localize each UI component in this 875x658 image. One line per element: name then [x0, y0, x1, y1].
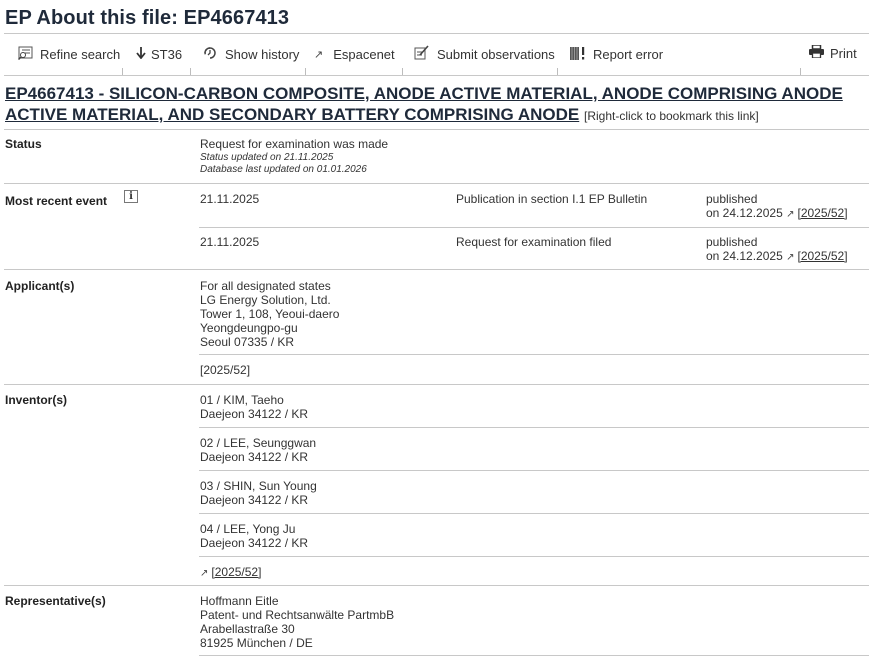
- show-history-button[interactable]: Show history: [202, 40, 299, 68]
- event-description: Request for examination filed: [456, 235, 611, 249]
- inventor-item: 02 / LEE, Seunggwan Daejeon 34122 / KR: [200, 436, 316, 464]
- refine-search-button[interactable]: Refine search: [18, 40, 120, 68]
- representative-line: 81925 München / DE: [200, 636, 394, 650]
- divider: [199, 513, 869, 514]
- bulletin-link[interactable]: [2025/52]: [797, 249, 847, 263]
- inventor-address: Daejeon 34122 / KR: [200, 407, 308, 421]
- inventor-name: 03 / SHIN, Sun Young: [200, 479, 317, 493]
- divider: [199, 470, 869, 471]
- divider: [199, 556, 869, 557]
- divider: [199, 655, 869, 656]
- event-date: 21.11.2025: [200, 192, 259, 206]
- report-error-icon: [570, 46, 586, 63]
- event-published: published: [706, 192, 757, 206]
- event-published-on: on 24.12.2025 ↗[2025/52]: [706, 206, 848, 222]
- applicant-line: LG Energy Solution, Ltd.: [200, 293, 339, 307]
- applicant-address: For all designated states LG Energy Solu…: [200, 279, 339, 349]
- document-heading: EP4667413 - SILICON-CARBON COMPOSITE, AN…: [5, 83, 865, 127]
- divider: [4, 384, 869, 385]
- edit-note-icon: [414, 45, 429, 63]
- most-recent-event-label: Most recent event: [5, 194, 107, 208]
- st36-label: ST36: [151, 47, 182, 62]
- status-value: Request for examination was made: [200, 137, 388, 151]
- report-error-button[interactable]: Report error: [570, 40, 663, 68]
- representative-line: Hoffmann Eitle: [200, 594, 394, 608]
- event-published: published: [706, 235, 757, 249]
- divider: [199, 427, 869, 428]
- inventor-address: Daejeon 34122 / KR: [200, 536, 308, 550]
- espacenet-label: Espacenet: [333, 47, 394, 62]
- published-date: on 24.12.2025: [706, 206, 783, 220]
- external-link-icon: ↗: [786, 209, 794, 220]
- inventor-item: 03 / SHIN, Sun Young Daejeon 34122 / KR: [200, 479, 317, 507]
- info-icon[interactable]: i: [124, 190, 138, 203]
- bookmark-hint: [Right-click to bookmark this link]: [584, 109, 759, 123]
- representatives-label: Representative(s): [5, 594, 106, 608]
- inventor-name: 04 / LEE, Yong Ju: [200, 522, 308, 536]
- applicant-line: Tower 1, 108, Yeoui-daero: [200, 307, 339, 321]
- toolbar-divider: [4, 75, 869, 76]
- event-date: 21.11.2025: [200, 235, 259, 249]
- history-icon: [202, 45, 218, 64]
- representative-line: Patent- und Rechtsanwälte PartmbB: [200, 608, 394, 622]
- inventor-name: 01 / KIM, Taeho: [200, 393, 308, 407]
- show-history-label: Show history: [225, 47, 299, 62]
- refine-search-label: Refine search: [40, 47, 120, 62]
- refine-search-icon: [18, 46, 33, 63]
- download-arrow-icon: [136, 46, 146, 62]
- applicants-label: Applicant(s): [5, 279, 74, 293]
- applicant-line: Seoul 07335 / KR: [200, 335, 339, 349]
- representative-line: Arabellastraße 30: [200, 622, 394, 636]
- external-link-icon: ↗: [314, 48, 323, 61]
- submit-observations-button[interactable]: Submit observations: [414, 40, 555, 68]
- title-divider: [4, 33, 869, 34]
- divider: [4, 585, 869, 586]
- published-date: on 24.12.2025: [706, 249, 783, 263]
- database-updated: Database last updated on 01.01.2026: [200, 164, 367, 175]
- status-label: Status: [5, 137, 42, 151]
- divider: [4, 129, 869, 130]
- inventor-address: Daejeon 34122 / KR: [200, 450, 316, 464]
- applicant-line: Yeongdeungpo-gu: [200, 321, 339, 335]
- bulletin-link[interactable]: [2025/52]: [211, 565, 261, 579]
- divider: [4, 183, 869, 184]
- st36-button[interactable]: ST36: [136, 40, 182, 68]
- report-error-label: Report error: [593, 47, 663, 62]
- inventor-address: Daejeon 34122 / KR: [200, 493, 317, 507]
- inventors-bulletin: ↗[2025/52]: [200, 565, 261, 581]
- bulletin-link[interactable]: [2025/52]: [797, 206, 847, 220]
- print-label: Print: [830, 46, 857, 61]
- print-button[interactable]: Print: [809, 39, 857, 67]
- applicant-bulletin: [2025/52]: [200, 363, 250, 377]
- external-link-icon: ↗: [200, 568, 208, 579]
- inventors-label: Inventor(s): [5, 393, 67, 407]
- divider: [199, 354, 869, 355]
- applicant-line: For all designated states: [200, 279, 339, 293]
- external-link-icon: ↗: [786, 252, 794, 263]
- event-published-on: on 24.12.2025 ↗[2025/52]: [706, 249, 848, 265]
- inventor-item: 01 / KIM, Taeho Daejeon 34122 / KR: [200, 393, 308, 421]
- divider: [4, 269, 869, 270]
- printer-icon: [809, 45, 824, 61]
- inventor-name: 02 / LEE, Seunggwan: [200, 436, 316, 450]
- representative-address: Hoffmann Eitle Patent- und Rechtsanwälte…: [200, 594, 394, 650]
- page-title: EP About this file: EP4667413: [5, 7, 289, 30]
- submit-observations-label: Submit observations: [437, 47, 555, 62]
- status-updated: Status updated on 21.11.2025: [200, 152, 333, 163]
- inventor-item: 04 / LEE, Yong Ju Daejeon 34122 / KR: [200, 522, 308, 550]
- event-description: Publication in section I.1 EP Bulletin: [456, 192, 647, 206]
- divider: [199, 227, 869, 228]
- espacenet-link[interactable]: ↗ Espacenet: [314, 40, 395, 68]
- toolbar: Refine search ST36 Show history ↗ Espace…: [4, 40, 869, 76]
